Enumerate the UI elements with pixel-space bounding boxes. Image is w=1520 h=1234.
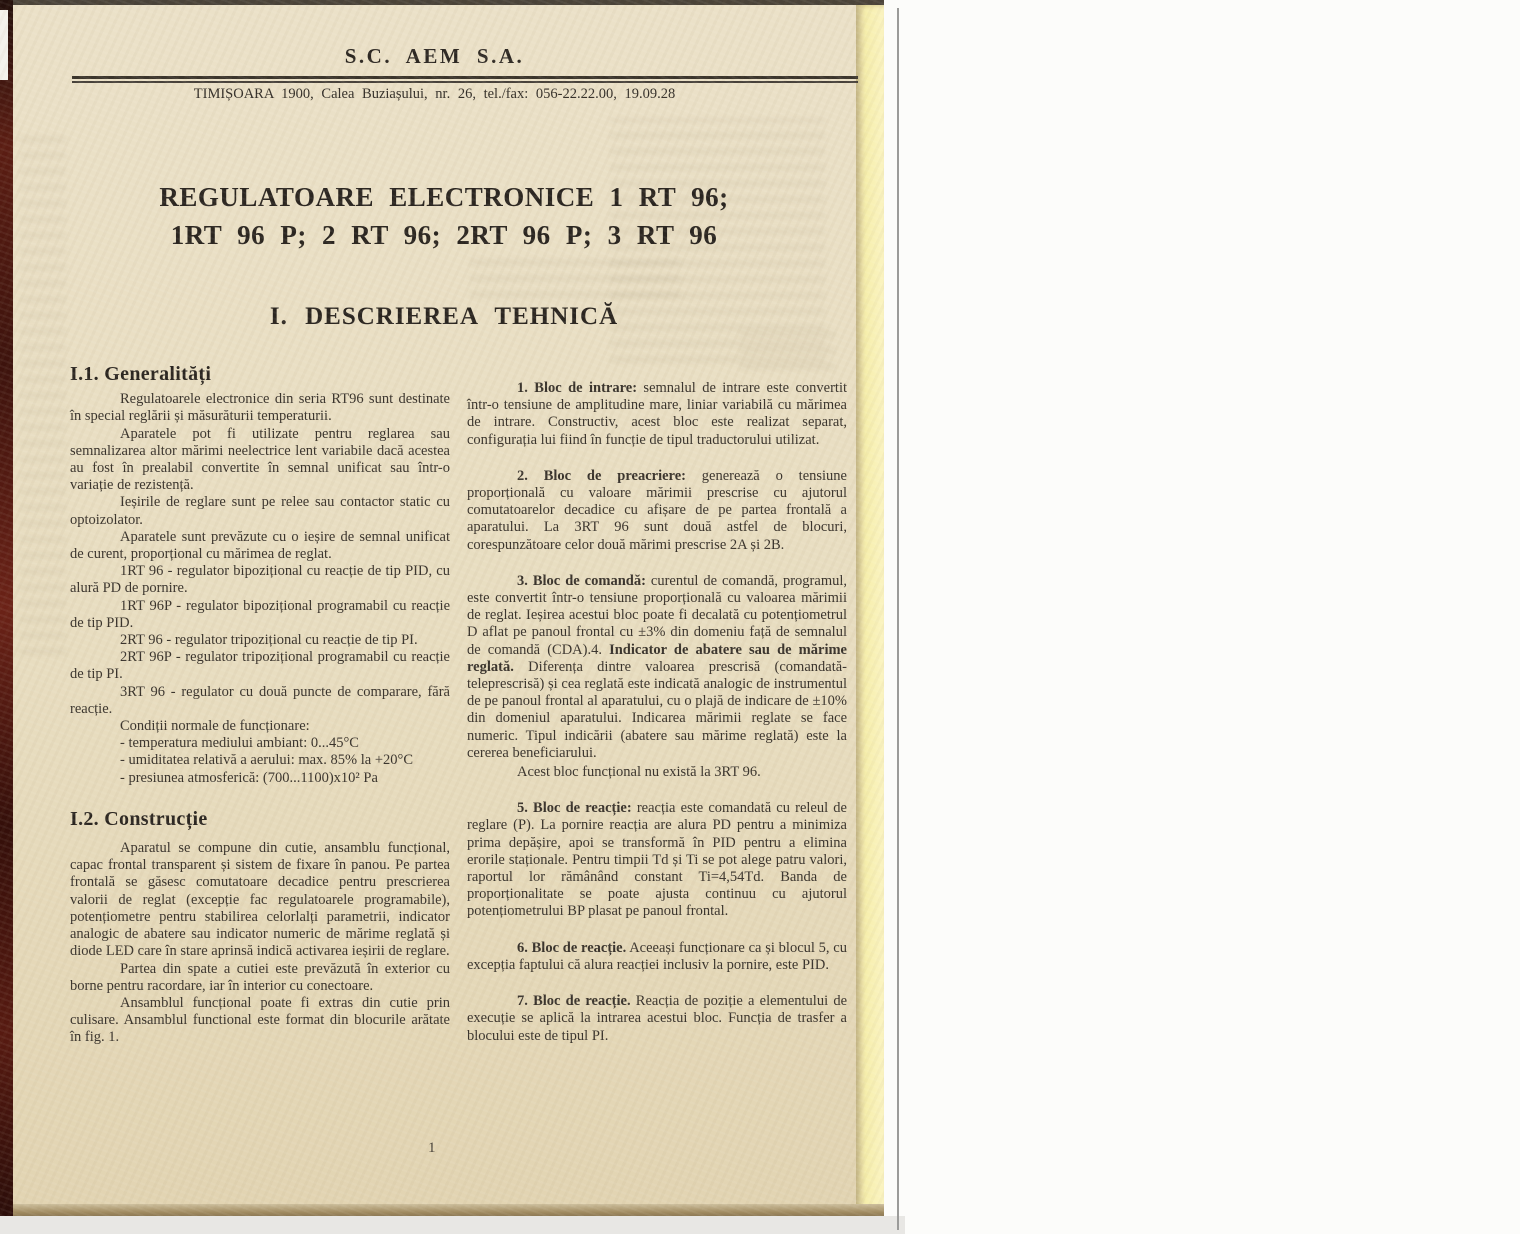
page-top-edge [13, 0, 884, 5]
block-lead: 1. Bloc de intrare: [517, 380, 637, 396]
paragraph: Regulatoarele electronice din seria RT96… [70, 391, 450, 425]
block-paragraph: 5. Bloc de reacție: reacția este comanda… [467, 800, 847, 920]
header-rule-thin [72, 81, 858, 83]
block-lead: 5. Bloc de reacție: [517, 800, 632, 816]
block-note: Acest bloc funcțional nu există la 3RT 9… [467, 764, 847, 781]
left-column: I.1. Generalități Regulatoarele electron… [70, 366, 450, 1064]
document-title-line1: REGULATOARE ELECTRONICE 1 RT 96; [62, 178, 826, 216]
bleed-through-smudge [20, 135, 66, 655]
paragraph: 2RT 96 - regulator tripozițional cu reac… [70, 632, 450, 649]
block-paragraph: 6. Bloc de reacție. Aceeași funcționare … [467, 940, 847, 974]
paragraph: 1RT 96P - regulator bipozițional program… [70, 598, 450, 632]
block-text: Acest bloc funcțional nu există la 3RT 9… [517, 764, 761, 780]
page-bottom-edge [13, 1204, 884, 1216]
paragraph: Aparatele sunt prevăzute cu o ieșire de … [70, 529, 450, 563]
paragraph: Partea din spate a cutiei este prevăzută… [70, 961, 450, 995]
underlying-page-edge [856, 5, 884, 1210]
block-lead: 6. Bloc de reacție. [517, 940, 626, 956]
paragraph: Aparatul se compune din cutie, ansamblu … [70, 840, 450, 960]
company-address: TIMIȘOARA 1900, Calea Buziașului, nr. 26… [13, 86, 856, 103]
paragraph: 3RT 96 - regulator cu două puncte de com… [70, 684, 450, 718]
scanner-bed-strip [0, 1216, 905, 1234]
company-name: S.C. AEM S.A. [13, 44, 856, 69]
header-rule [72, 76, 858, 83]
block-text: reacția este comandată cu releul de regl… [467, 800, 847, 919]
block-paragraph: 2. Bloc de preacriere: generează o tensi… [467, 468, 847, 554]
paragraph: Ansamblul funcțional poate fi extras din… [70, 995, 450, 1047]
list-item: - presiunea atmosferică: (700...1100)x10… [70, 770, 450, 787]
bleed-through-smudge [740, 330, 835, 370]
document-page: S.C. AEM S.A. TIMIȘOARA 1900, Calea Buzi… [0, 0, 884, 1216]
heading-generalitati: I.1. Generalități [70, 366, 450, 383]
document-title: REGULATOARE ELECTRONICE 1 RT 96; 1RT 96 … [62, 178, 826, 254]
list-item: - umiditatea relativă a aerului: max. 85… [70, 752, 450, 769]
paragraph: Aparatele pot fi utilizate pentru reglar… [70, 426, 450, 495]
spine-highlight [0, 10, 8, 80]
block-paragraph: 7. Bloc de reacție. Reacția de poziție a… [467, 993, 847, 1045]
paragraph: Condiții normale de funcționare: [70, 718, 450, 735]
paragraph: Ieșirile de reglare sunt pe relee sau co… [70, 494, 450, 528]
scan-background: S.C. AEM S.A. TIMIȘOARA 1900, Calea Buzi… [0, 0, 1520, 1234]
document-title-line2: 1RT 96 P; 2 RT 96; 2RT 96 P; 3 RT 96 [62, 216, 826, 254]
heading-constructie: I.2. Construcție [70, 811, 450, 828]
book-spine-edge [0, 0, 13, 1216]
bleed-through-smudge [470, 250, 680, 298]
body-columns: I.1. Generalități Regulatoarele electron… [70, 366, 848, 1064]
block-lead: 7. Bloc de reacție. [517, 993, 631, 1009]
list-item: - temperatura mediului ambiant: 0...45°C [70, 735, 450, 752]
block-lead: 2. Bloc de preacriere: [517, 468, 686, 484]
right-column: 1. Bloc de intrare: semnalul de intrare … [467, 366, 847, 1064]
page-number: 1 [428, 1140, 436, 1157]
section-title: I. DESCRIEREA TEHNICĂ [62, 303, 826, 331]
block-paragraph: 3. Bloc de comandă: curentul de comandă,… [467, 573, 847, 762]
block-text: Diferența dintre valoarea prescrisă (com… [467, 659, 847, 761]
scanner-edge-line [897, 8, 899, 1230]
block-lead: 3. Bloc de comandă: [517, 573, 646, 589]
block-paragraph: 1. Bloc de intrare: semnalul de intrare … [467, 380, 847, 449]
paragraph: 2RT 96P - regulator tripozițional progra… [70, 649, 450, 683]
paragraph: 1RT 96 - regulator bipozițional cu reacț… [70, 563, 450, 597]
